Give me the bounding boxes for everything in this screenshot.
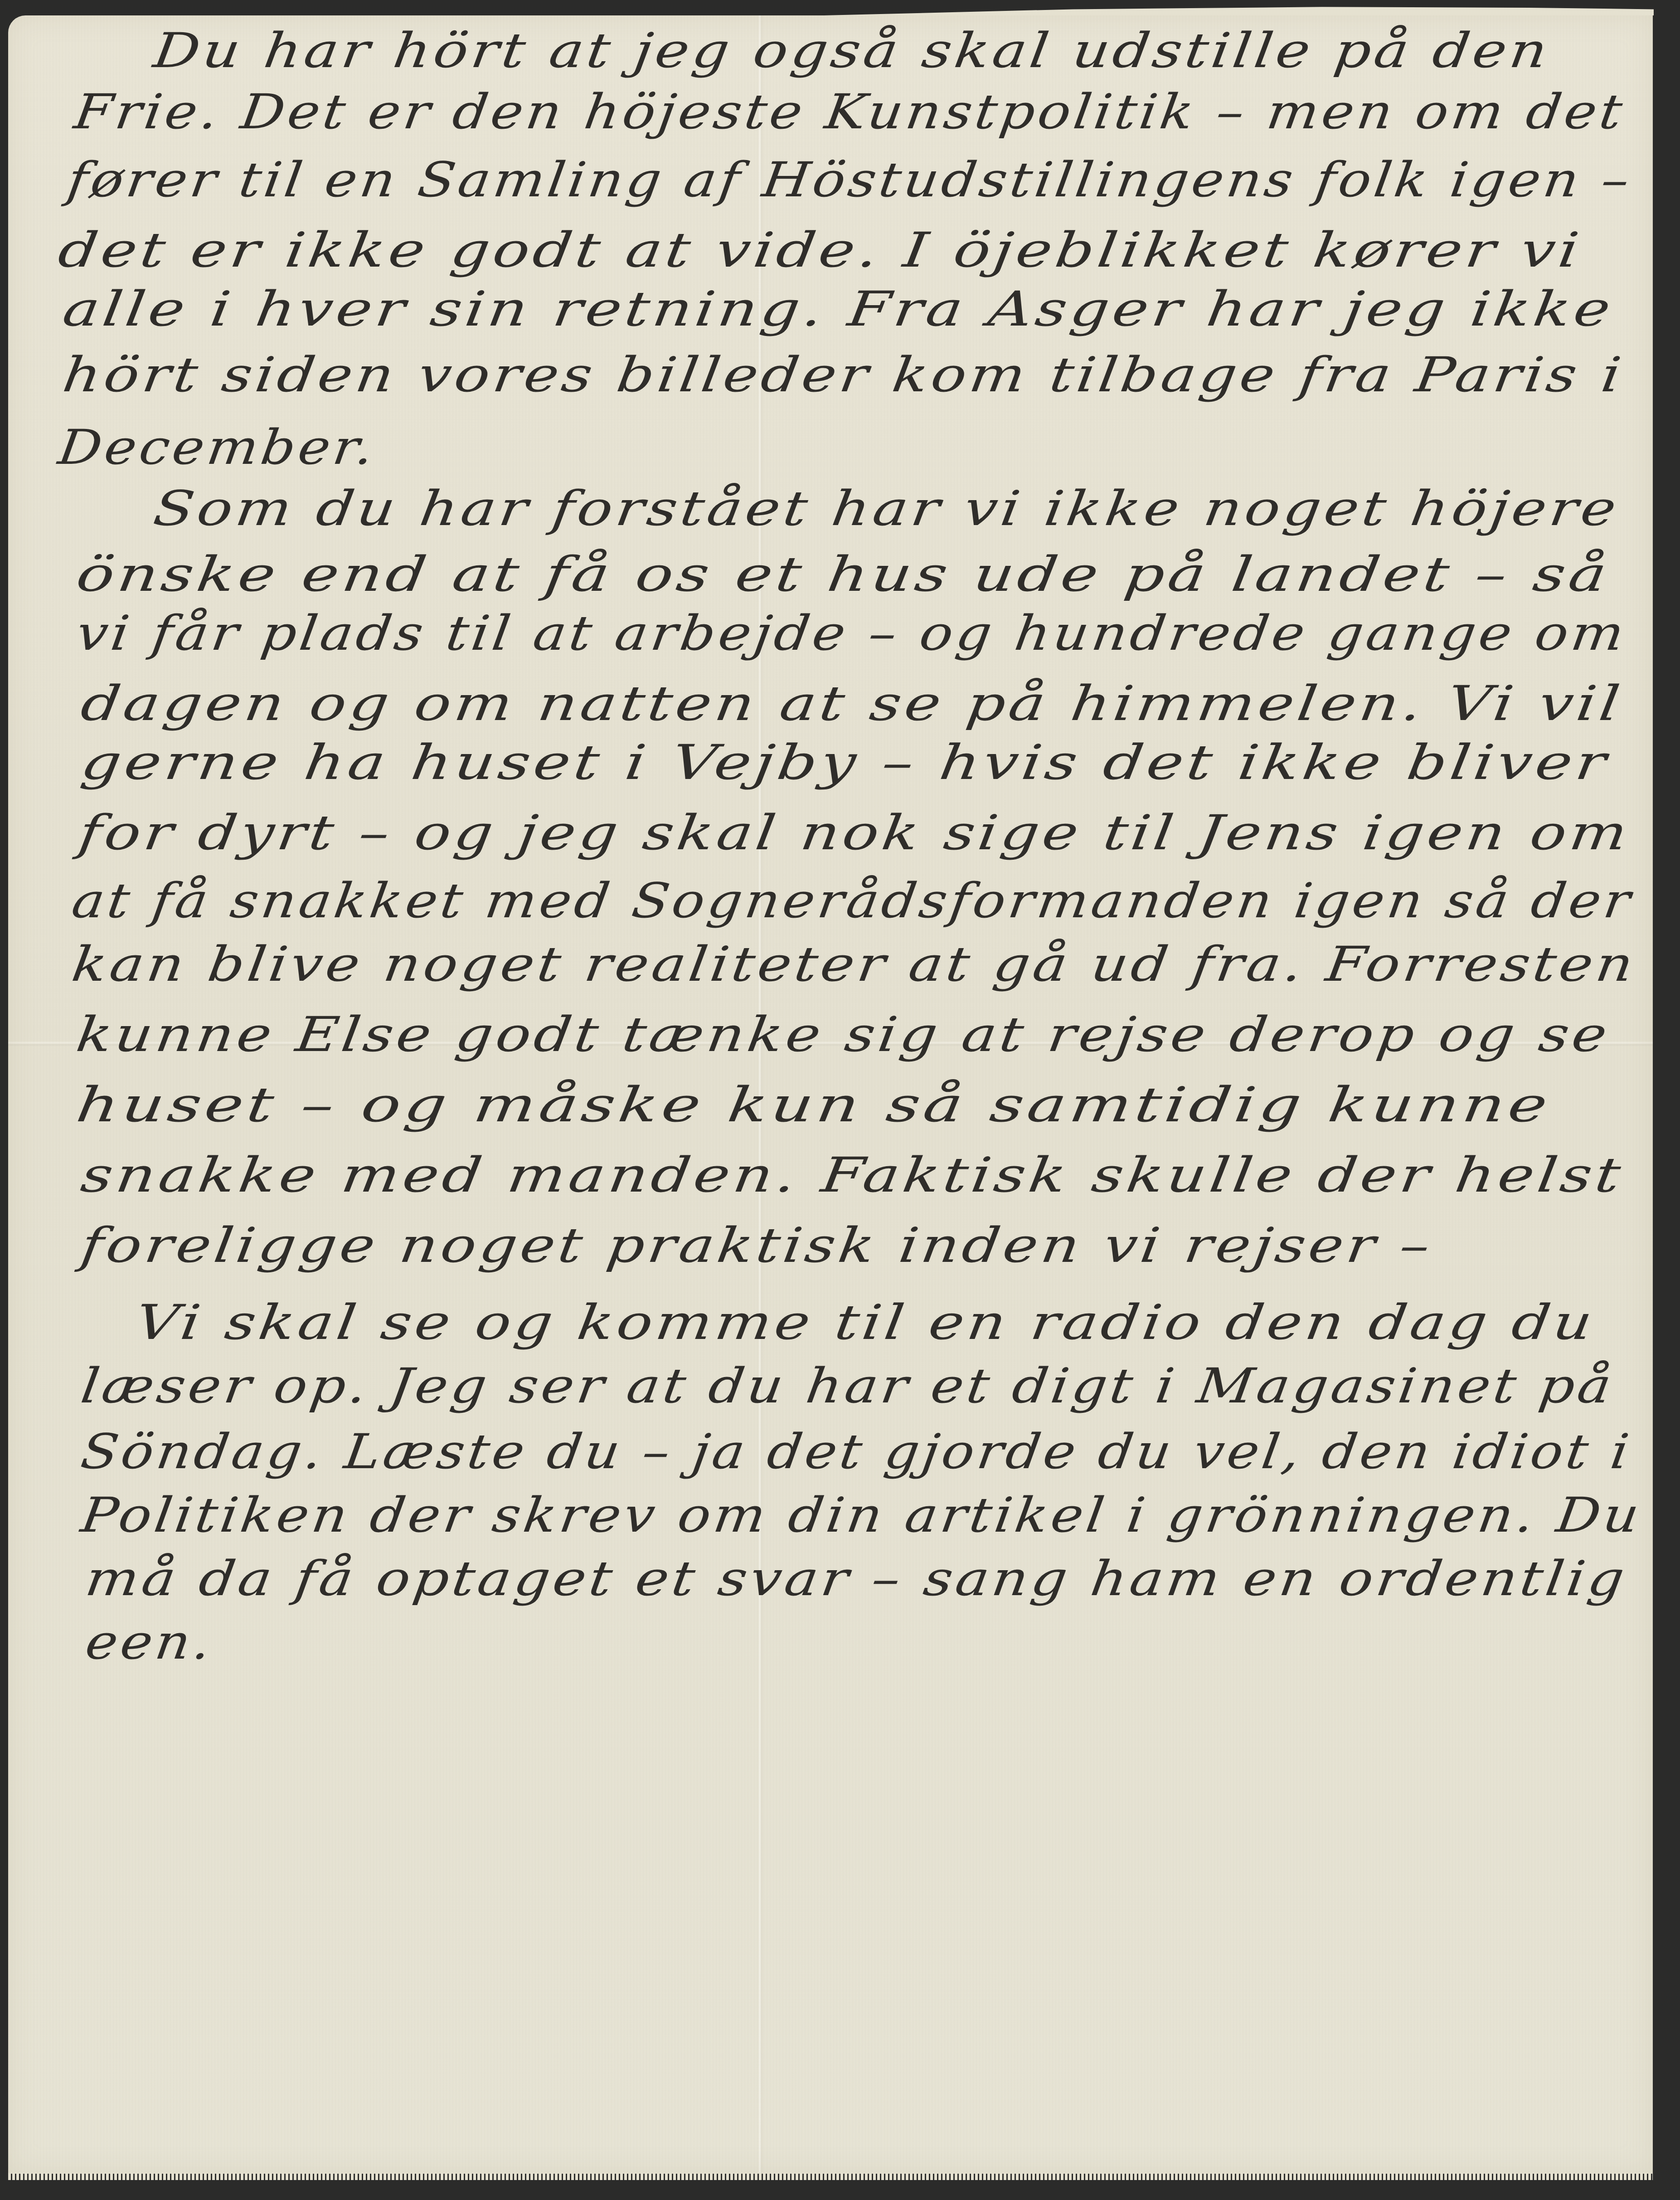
letter-body: Du har hört at jeg også skal udstille på…	[8, 15, 1653, 2174]
letter-line: Söndag. Læste du – ja det gjorde du vel,…	[78, 1424, 1635, 1480]
letter-line: det er ikke godt at vide. I öjeblikket k…	[55, 222, 1585, 278]
letter-line: önske end at få os et hus ude på landet …	[73, 546, 1613, 602]
letter-line: Som du har forstået har vi ikke noget hö…	[150, 481, 1623, 536]
letter-line: een.	[82, 1614, 217, 1670]
letter-line: Du har hört at jeg også skal udstille på…	[150, 23, 1554, 78]
letter-line: December.	[55, 419, 380, 475]
letter-line: Frie. Det er den höjeste Kunstpolitik – …	[71, 84, 1628, 140]
letter-line: alle i hver sin retning. Fra Asger har j…	[59, 281, 1617, 337]
letter-line: vi får plads til at arbejde – og hundred…	[73, 605, 1631, 661]
letter-line: må da få optaget et svar – sang ham en o…	[82, 1551, 1631, 1606]
letter-line: gerne ha huset i Vejby – hvis det ikke b…	[78, 735, 1613, 790]
letter-line: at få snakket med Sognerådsformanden ige…	[68, 873, 1636, 929]
letter-line: kunne Else godt tænke sig at rejse derop…	[73, 1007, 1614, 1062]
letter-line: kan blive noget realiteter at gå ud fra.…	[68, 936, 1640, 992]
letter-page: Du har hört at jeg også skal udstille på…	[8, 15, 1653, 2174]
letter-line: fører til en Samling af Höstudstillingen…	[64, 152, 1636, 208]
letter-line: Vi skal se og komme til en radio den dag…	[132, 1295, 1599, 1350]
letter-line: dagen og om natten at se på himmelen. Vi…	[78, 676, 1626, 731]
letter-line: huset – og måske kun så samtidig kunne	[73, 1077, 1554, 1133]
letter-line: snakke med manden. Faktisk skulle der he…	[78, 1147, 1627, 1203]
letter-line: foreligge noget praktisk inden vi rejser…	[78, 1217, 1437, 1273]
letter-line: Politiken der skrev om din artikel i grö…	[78, 1487, 1646, 1543]
letter-line: læser op. Jeg ser at du har et digt i Ma…	[78, 1358, 1617, 1414]
letter-line: for dyrt – og jeg skal nok sige til Jens…	[75, 805, 1634, 861]
letter-line: hört siden vores billeder kom tilbage fr…	[59, 347, 1627, 403]
